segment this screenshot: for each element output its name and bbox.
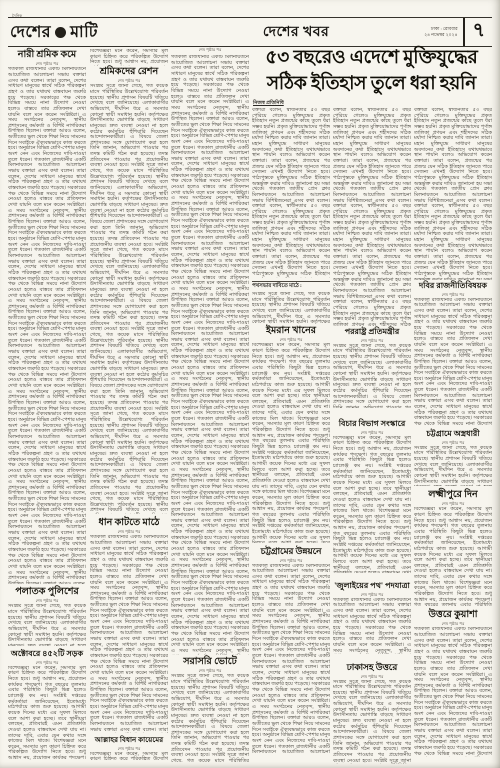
masthead-tiny-label: দৈনিক: [12, 13, 22, 20]
article-headline: অক্টোবরে ৪৫২টি সড়ক: [8, 650, 86, 659]
article-uttore-kuyasha: উত্তরে কুয়াশা শেষ পৃষ্ঠার পর গতকাল রাজধ…: [414, 610, 492, 757]
article-sromik-ration: শ্রমিকদের রেশন শেষ পৃষ্ঠার পর সংশ্লিষ্ট …: [90, 67, 168, 514]
section-title: দেশের খবর: [168, 20, 424, 44]
article-headline: লক্ষ্মীপুরে দিন: [414, 490, 492, 500]
masthead-name-left: দেশের: [10, 19, 51, 46]
continuation-label: শেষ পৃষ্ঠার পর: [414, 621, 492, 626]
continuation-label: শেষ পৃষ্ঠার পর: [414, 440, 492, 445]
article-pororastro: পররাষ্ট্র প্রতিমন্ত্রীর শেষ পৃষ্ঠার পর স…: [333, 328, 411, 408]
article-body: সংশ্লিষ্ট সূত্রে জানা গেছে, গত কয়েক মাস…: [8, 604, 86, 646]
continuation-label: শেষ পৃষ্ঠার পর: [8, 660, 86, 665]
continuation-label: শেষ পৃষ্ঠার পর: [171, 47, 249, 52]
continuation-label: শেষ পৃষ্ঠার পর: [333, 674, 411, 679]
article-body: সংশ্লিষ্ট সূত্রে জানা গেছে, গত কয়েক মাস…: [90, 84, 168, 514]
continuation-label: শেষ পৃষ্ঠার পর: [90, 529, 168, 534]
article-headline: নারী শ্রমিক কমে: [8, 50, 86, 60]
continuation-label: শেষ পৃষ্ঠার পর: [252, 558, 330, 563]
article-headline: সরাসরি ভোটে: [171, 657, 249, 667]
article-allah-bidhan: আল্লাহর বিধান কায়েমের শেষ পৃষ্ঠার পর বি…: [90, 737, 168, 760]
article-lokkhipur-din: লক্ষ্মীপুরে দিন শেষ পৃষ্ঠার পর বিশেষজ্ঞর…: [414, 490, 492, 606]
continuation-label: শেষ পৃষ্ঠার পর: [414, 501, 492, 506]
lead-crosshead: পথসভার দাবিতে মাঠে :: [252, 283, 330, 291]
crosshead-rule: [252, 281, 330, 282]
article-headline: ধান কাটতে মাঠে: [90, 518, 168, 528]
article-body: গতকাল রাজধানীর একটি মিলনায়তনে আয়োজিত আ…: [8, 67, 86, 584]
article-body: বিশেষজ্ঞরা মনে করেন, সমস্যার মূল কারণ চি…: [90, 752, 168, 760]
article-bichar-bibhag: বিচার বিভাগ সংস্কারে শেষ পৃষ্ঠার পর বিশে…: [333, 420, 411, 573]
lead-headline-line2: সঠিক ইতিহাস তুলে ধরা হয়নি: [267, 74, 476, 94]
article-imran-khan: ইমরান খানের শেষ পৃষ্ঠার পর বিশেষজ্ঞরা মন…: [252, 326, 330, 543]
continuation-label: শেষ পৃষ্ঠার পর: [333, 592, 411, 597]
article-dobir-rajniti: দবির রাজনীতিবিষয়ক শেষ পৃষ্ঠার পর গতকাল …: [414, 282, 492, 426]
article-headline: পলাতক পুলিশের: [8, 587, 86, 597]
article-headline: চট্টগ্রামে অস্ত্রধারী: [414, 430, 492, 439]
continuation-label: শেষ পৃষ্ঠার পর: [8, 61, 86, 66]
article-headline: আল্লাহর বিধান কায়েমের: [90, 737, 168, 745]
lead-body-col5: বক্তারা বলেন, স্বাধীনতার ৫৩ বছর পেরিয়ে …: [333, 108, 411, 326]
article-body: গতকাল রাজধানীর একটি মিলনায়তনে আয়োজিত আ…: [90, 535, 168, 733]
article-october-roads: অক্টোবরে ৪৫২টি সড়ক শেষ পৃষ্ঠার পর বিশেষ…: [8, 650, 86, 761]
article-dhakasoho: ঢাকাসহ উত্তরে শেষ পৃষ্ঠার পর সংশ্লিষ্ট স…: [333, 663, 411, 764]
column2-intro-body: বিশেষজ্ঞরা মনে করেন, সমস্যার মূল কারণ চি…: [90, 49, 168, 66]
article-ctg-unnoyon: চট্টগ্রামের উন্নয়নে শেষ পৃষ্ঠার পর গতকা…: [252, 547, 330, 754]
lead-body-col4b: সংশ্লিষ্ট সূত্রে জানা গেছে, গত কয়েক মাস…: [252, 292, 330, 324]
article-ctg-ostrodhari: চট্টগ্রামে অস্ত্রধারী শেষ পৃষ্ঠার পর সংশ…: [414, 430, 492, 486]
dateline-date: ২৪ নভেম্বর ২০২৪: [424, 32, 457, 38]
article-body: সংশ্লিষ্ট সূত্রে জানা গেছে, গত কয়েক মাস…: [333, 680, 411, 764]
article-body: সংশ্লিষ্ট সূত্রে জানা গেছে, গত কয়েক মাস…: [171, 674, 249, 762]
column3-body: গতকাল রাজধানীর একটি মিলনায়তনে আয়োজিত আ…: [171, 55, 249, 655]
article-headline: বিচার বিভাগ সংস্কারে: [333, 420, 411, 429]
page-header: দৈনিক দেশের মাটি দেশের খবর ঢাকা : রোববার…: [8, 17, 492, 47]
continuation-label: শেষ পৃষ্ঠার পর: [171, 668, 249, 673]
continuation-label: শেষ পৃষ্ঠার পর: [90, 78, 168, 83]
article-july-path: 'জুলাইয়ের পথ' পদযাত্রা শেষ পৃষ্ঠার পর গ…: [333, 582, 411, 654]
continuation-label: শেষ পৃষ্ঠার পর: [8, 598, 86, 603]
article-body: বিশেষজ্ঞরা মনে করেন, সমস্যার মূল কারণ চি…: [252, 343, 330, 543]
article-body: বিশেষজ্ঞরা মনে করেন, সমস্যার মূল কারণ চি…: [8, 666, 86, 761]
lead-byline: নিজস্ব প্রতিনিধি: [253, 100, 331, 108]
article-headline: চট্টগ্রামের উন্নয়নে: [252, 547, 330, 557]
lead-body-col6: বক্তারা বলেন, স্বাধীনতার ৫৩ বছর পেরিয়ে …: [414, 108, 492, 280]
article-body: বিশেষজ্ঞরা মনে করেন, সমস্যার মূল কারণ চি…: [414, 507, 492, 606]
article-headline: শ্রমিকদের রেশন: [90, 67, 168, 77]
article-body: গতকাল রাজধানীর একটি মিলনায়তনে আয়োজিত আ…: [414, 627, 492, 757]
newspaper-page: দৈনিক দেশের মাটি দেশের খবর ঢাকা : রোববার…: [0, 0, 500, 768]
article-sorasori-vote: সরাসরি ভোটে শেষ পৃষ্ঠার পর সংশ্লিষ্ট সূত…: [171, 657, 249, 762]
article-body: গতকাল রাজধানীর একটি মিলনায়তনে আয়োজিত আ…: [414, 298, 492, 426]
article-body: সংশ্লিষ্ট সূত্রে জানা গেছে, গত কয়েক মাস…: [333, 344, 411, 408]
article-headline: ইমরান খানের: [252, 326, 330, 336]
lead-headline-line1: ৫৩ বছরেও এদেশে মুক্তিযুদ্ধের: [265, 48, 477, 68]
article-nari-sromik: নারী শ্রমিক কমে শেষ পৃষ্ঠার পর গতকাল রাজ…: [8, 50, 86, 584]
article-body: গতকাল রাজধানীর একটি মিলনায়তনে আয়োজিত আ…: [252, 564, 330, 754]
article-headline: উত্তরে কুয়াশা: [414, 610, 492, 620]
article-headline: 'জুলাইয়ের পথ' পদযাত্রা: [333, 582, 411, 591]
article-body: বিশেষজ্ঞরা মনে করেন, সমস্যার মূল কারণ চি…: [333, 436, 411, 573]
article-headline: দবির রাজনীতিবিষয়ক: [414, 282, 492, 291]
continuation-label: শেষ পৃষ্ঠার পর: [414, 292, 492, 297]
masthead-logo-icon: [55, 27, 66, 38]
article-headline: ঢাকাসহ উত্তরে: [333, 663, 411, 673]
page-number: ৭: [463, 18, 492, 46]
article-headline: পররাষ্ট্র প্রতিমন্ত্রীর: [333, 328, 411, 337]
article-body: সংশ্লিষ্ট সূত্রে জানা গেছে, গত কয়েক মাস…: [414, 446, 492, 486]
continuation-label: শেষ পৃষ্ঠার পর: [333, 338, 411, 343]
lead-headline: ৫৩ বছরেও এদেশে মুক্তিযুদ্ধের সঠিক ইতিহাস…: [251, 45, 492, 98]
continuation-label: শেষ পৃষ্ঠার পর: [252, 337, 330, 342]
article-body: গতকাল রাজধানীর একটি মিলনায়তনে আয়োজিত আ…: [333, 598, 411, 654]
dateline: ঢাকা : রোববার ২৪ নভেম্বর ২০২৪: [424, 26, 462, 38]
masthead-name-right: মাটি: [70, 19, 98, 46]
lead-body-col4: বক্তারা বলেন, স্বাধীনতার ৫৩ বছর পেরিয়ে …: [252, 108, 330, 278]
continuation-label: শেষ পৃষ্ঠার পর: [90, 746, 168, 751]
continuation-label: শেষ পৃষ্ঠার পর: [333, 430, 411, 435]
article-palatok-police: পলাতক পুলিশের শেষ পৃষ্ঠার পর সংশ্লিষ্ট স…: [8, 587, 86, 646]
article-dhan-kata: ধান কাটতে মাঠে শেষ পৃষ্ঠার পর গতকাল রাজধ…: [90, 518, 168, 733]
masthead: দৈনিক দেশের মাটি: [8, 19, 168, 46]
